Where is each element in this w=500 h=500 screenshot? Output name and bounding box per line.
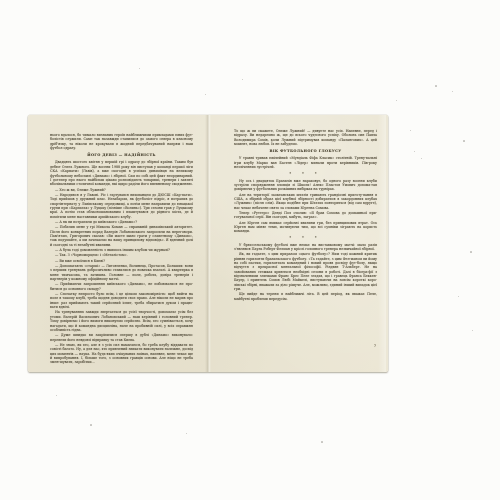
dialogue-line: — Так. З «Чорноморцем» і «Металістом». [50,253,193,257]
dialogue-line: — Дуже швидко ви закріпилися спершу в ду… [50,333,193,342]
dust-speck [90,424,92,426]
dust-speck [470,251,472,253]
dust-speck [452,91,453,92]
section-heading: ЙОГО ДЕВІЗ — НАДІЙНІСТЬ [50,153,193,158]
dust-speck [472,330,473,331]
dialogue-line: — Хто ж ви, Олеже Лужний? [50,188,193,192]
dust-speck [463,140,465,142]
dust-speck [321,441,323,443]
page-number: 7 [369,343,381,348]
dust-speck [396,100,397,101]
paragraph: Ще вийде на терени в найближчі літа. В ц… [234,292,377,301]
dialogue-line: — Приймаючи запрошення київського «Динам… [50,282,193,291]
paragraph: Двадцять шостого квітня у першій грі і о… [50,160,193,186]
paragraph: Ну ось і двадцяток Бразилія вже нарахову… [234,179,377,192]
dust-speck [421,158,422,159]
section-heading: ВІК ФУТБОЛЬНОГО ГЛОБУСУ [234,149,377,154]
dialogue-line: — Народився я у Львові. Ріс і гартувався… [50,193,193,219]
dialogue-line: — Ви вже освоїлися в Києві? [50,259,193,263]
page-left-text-block: нього вдалося, бо чимало визнаних героїв… [50,133,193,366]
dust-speck [410,130,411,131]
dialogue-line: — Не знаю, як хто, але я з усіх сил нама… [50,343,193,365]
paragraph: У брюссельському футболі вже немає на ви… [234,243,377,252]
dust-speck [414,151,415,152]
dust-speck [242,79,243,80]
dust-speck [186,433,187,434]
booklet-spread: нього вдалося, бо чимало визнаних героїв… [28,115,388,372]
dialogue-line: — Допомагають «старші» — Литовченко, Вол… [50,264,193,281]
page-right-text-block: То що ж ви скажете, Олеже Лужний! — диву… [234,129,377,302]
dust-speck [435,85,437,87]
dust-speck [205,94,206,95]
dust-speck [56,395,57,396]
asterisk-separator: * * * [234,236,377,240]
paragraph: На тренуваннях завжди звертається до усі… [50,310,193,332]
dialogue-line: — Побачив мене у грі Микола Коман — спра… [50,225,193,247]
paragraph: нього вдалося, бо чимало визнаних героїв… [50,133,193,150]
paragraph: Але на території заокеанських штатів три… [234,193,377,210]
dialogue-line: — Спочатку непросто було всім, і це цілк… [50,292,193,309]
paragraph: Тепер «Рутгерс» Денді Пол очолив: «Я бра… [234,211,377,220]
asterisk-separator: * * * [234,172,377,176]
paragraph: Але Юрген сам вмикає серйозні хвилини гр… [234,221,377,234]
paragraph: У травні тривав ювілейний «Мундіаль Фіфа… [234,156,377,169]
paragraph: Як, ви гадаєте, з цим приразом «цього фу… [234,252,377,291]
dust-speck [458,296,459,297]
dust-speck [139,68,140,69]
dialogue-line: — А як ви потрапили до київського «Динам… [50,220,193,224]
page-right: То що ж ви скажете, Олеже Лужний! — диву… [210,115,388,372]
paragraph: То що ж ви скажете, Олеже Лужний! — диву… [234,129,377,146]
page-left: нього вдалося, бо чимало визнаних героїв… [28,115,206,372]
dialogue-line: — А була тоді домовленість з якимось інш… [50,248,193,252]
